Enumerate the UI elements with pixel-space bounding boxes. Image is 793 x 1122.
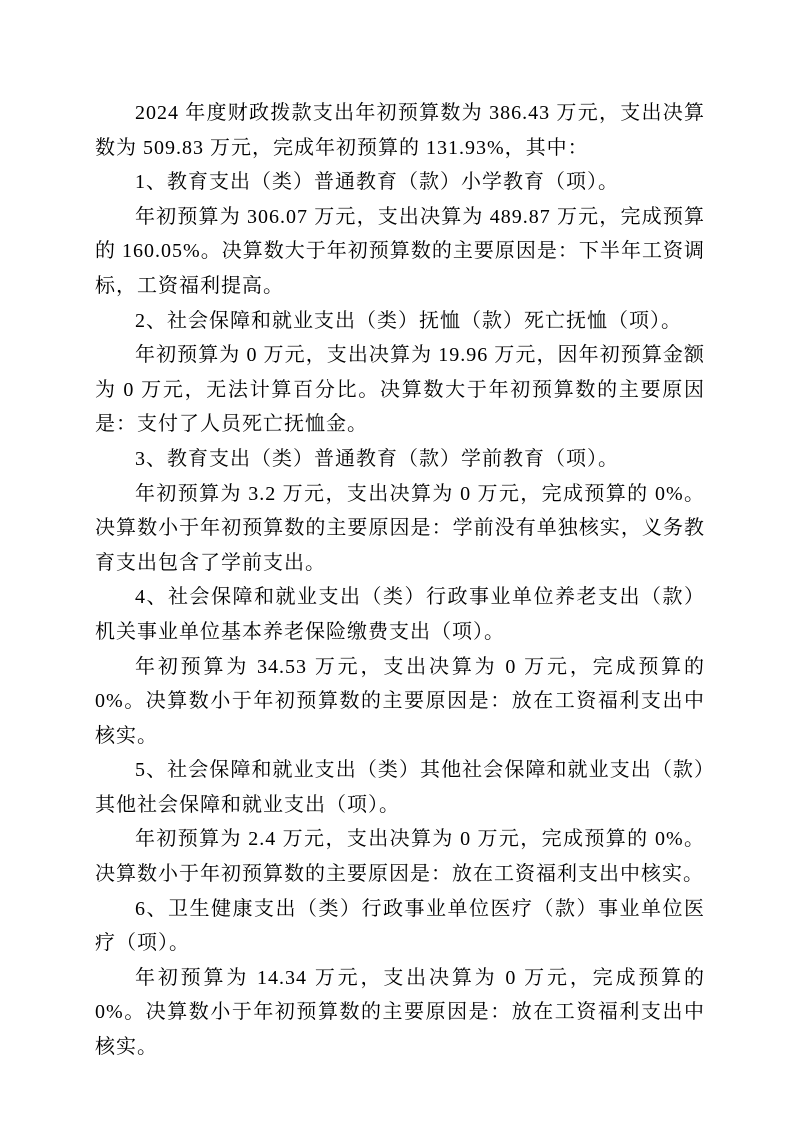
document-page: 2024 年度财政拨款支出年初预算数为 386.43 万元，支出决算数为 509… [0, 0, 793, 1122]
item-1-detail: 年初预算为 306.07 万元，支出决算为 489.87 万元，完成预算的 16… [95, 200, 705, 304]
item-5-heading: 5、社会保障和就业支出（类）其他社会保障和就业支出（款）其他社会保障和就业支出（… [95, 753, 705, 822]
item-6-heading: 6、卫生健康支出（类）行政事业单位医疗（款）事业单位医疗（项）。 [95, 892, 705, 961]
item-4-heading: 4、社会保障和就业支出（类）行政事业单位养老支出（款）机关事业单位基本养老保险缴… [95, 580, 705, 649]
item-3-heading: 3、教育支出（类）普通教育（款）学前教育（项）。 [95, 442, 705, 477]
item-3-detail: 年初预算为 3.2 万元，支出决算为 0 万元，完成预算的 0%。决算数小于年初… [95, 477, 705, 581]
item-2-heading: 2、社会保障和就业支出（类）抚恤（款）死亡抚恤（项）。 [95, 304, 705, 339]
item-4-detail: 年初预算为 34.53 万元，支出决算为 0 万元，完成预算的 0%。决算数小于… [95, 650, 705, 754]
item-5-detail: 年初预算为 2.4 万元，支出决算为 0 万元，完成预算的 0%。决算数小于年初… [95, 822, 705, 891]
item-6-detail: 年初预算为 14.34 万元，支出决算为 0 万元，完成预算的 0%。决算数小于… [95, 961, 705, 1065]
summary-paragraph: 2024 年度财政拨款支出年初预算数为 386.43 万元，支出决算数为 509… [95, 96, 705, 165]
item-1-heading: 1、教育支出（类）普通教育（款）小学教育（项）。 [95, 165, 705, 200]
item-2-detail: 年初预算为 0 万元，支出决算为 19.96 万元，因年初预算金额为 0 万元，… [95, 338, 705, 442]
